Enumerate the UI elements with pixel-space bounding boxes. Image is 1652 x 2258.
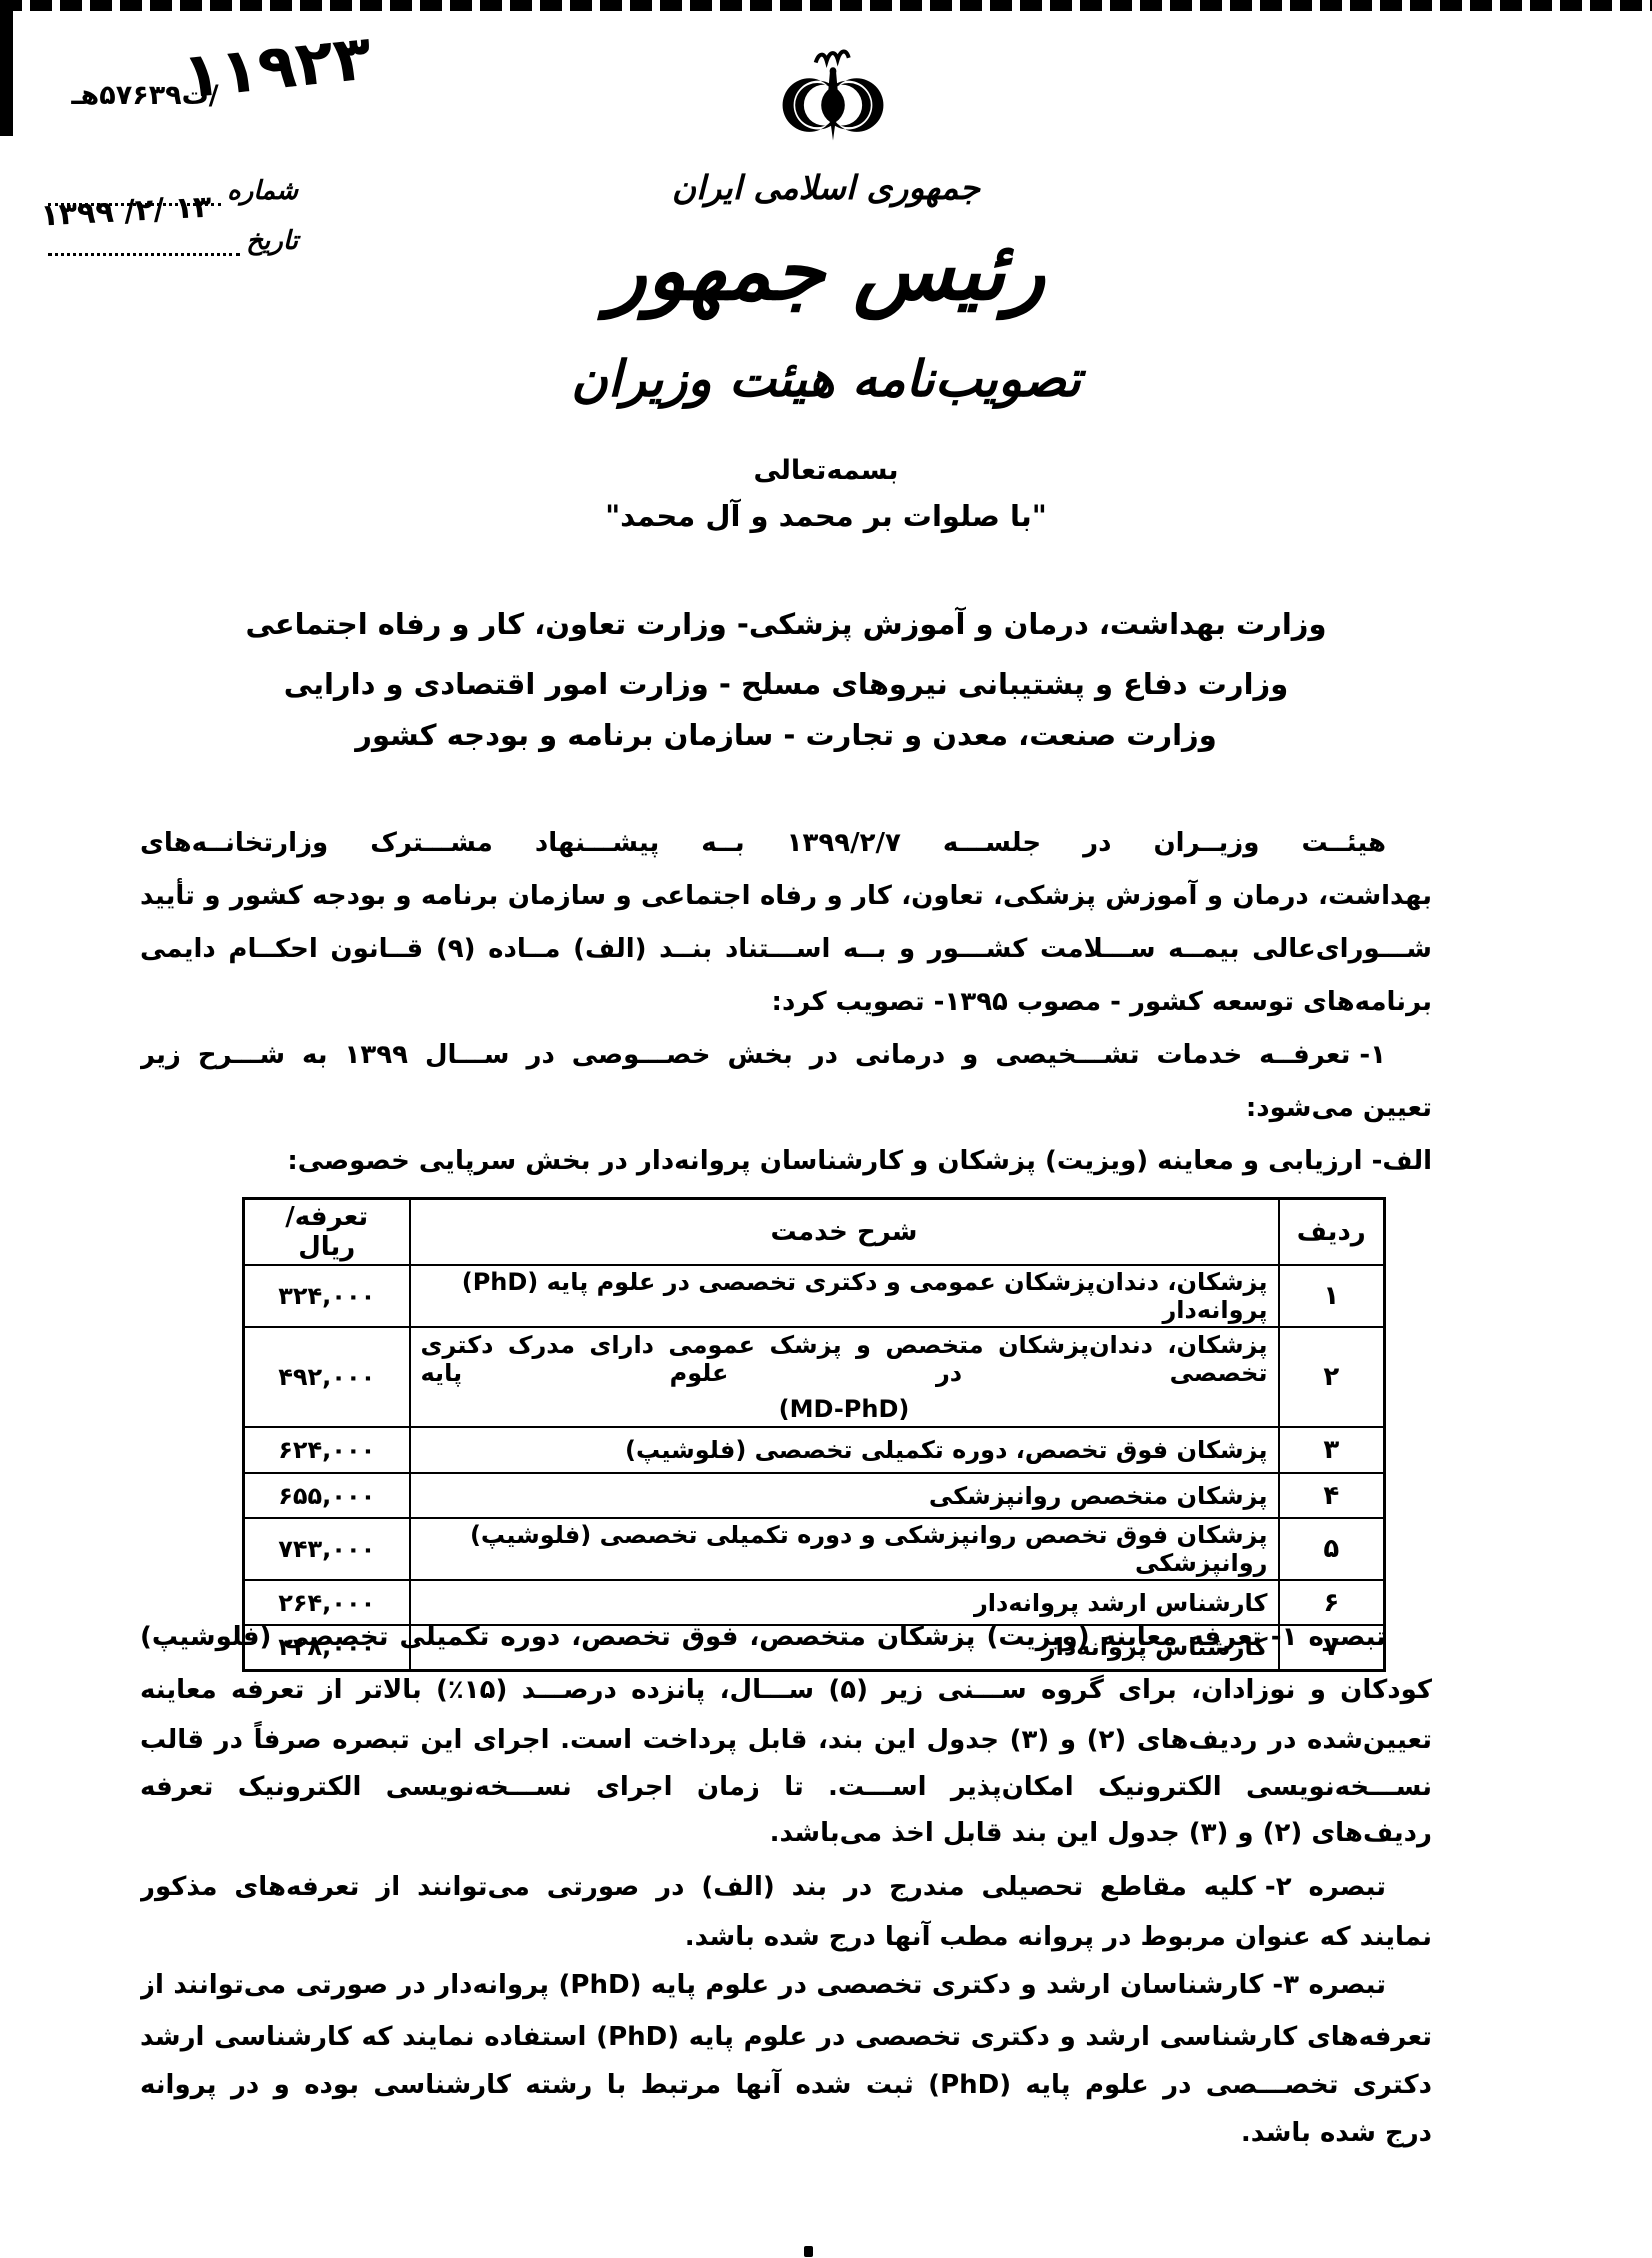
scan-artifact-top-edge bbox=[0, 0, 1652, 11]
letterhead-office-title: رئیس جمهور bbox=[180, 224, 1472, 319]
section-alef-label: الف- bbox=[1372, 1146, 1432, 1176]
body-line-1: هیئــت وزیــران در جلســـه ۱۳۹۹/۲/۷ بــه… bbox=[140, 822, 1432, 868]
note-3-line-4: درج شده باشد. bbox=[140, 2112, 1432, 2158]
note-1-text: تعرفه معاینه (ویزیت) پزشکان متخصص، فوق ت… bbox=[140, 1622, 1262, 1652]
note-2-line-2: نمایند که عنوان مربوط در پروانه مطب آنها… bbox=[140, 1916, 1432, 1962]
row-number-cell: ۳ bbox=[1279, 1427, 1385, 1473]
service-description-cell: پزشکان، دندان‌پزشکان عمومی و دکتری تخصصی… bbox=[410, 1265, 1279, 1327]
table-row: ۵ پزشکان فوق تخصص روانپزشکی و دوره تکمیل… bbox=[244, 1518, 1385, 1580]
tariff-value-cell: ۶۲۴,۰۰۰ bbox=[244, 1427, 410, 1473]
note-3-line-2: تعرفه‌های کارشناسی ارشد و دکتری تخصصی در… bbox=[140, 2016, 1432, 2062]
besmellah-invocation: بسمه‌تعالی bbox=[180, 455, 1472, 486]
service-description-cell: پزشکان فوق تخصص، دوره تکمیلی تخصصی (فلوش… bbox=[410, 1427, 1279, 1473]
salutation-line: "با صلوات بر محمد و آل محمد" bbox=[180, 499, 1472, 533]
row-number-cell: ۲ bbox=[1279, 1327, 1385, 1427]
decree-reference-number: /ت۵۷۶۳۹هـ bbox=[40, 80, 250, 111]
scan-artifact-ink-dot bbox=[804, 2246, 813, 2257]
note-1-label: تبصره ۱- bbox=[1271, 1622, 1386, 1652]
tariff-value-cell: ۶۵۵,۰۰۰ bbox=[244, 1473, 410, 1518]
clause-1-line: ۱-تعرفــه خدمات تشـــخیصی و درمانی در بخ… bbox=[140, 1034, 1432, 1080]
clause-1-continuation: تعیین می‌شود: bbox=[140, 1087, 1432, 1133]
scanned-decree-page: ۱۱۹۲۳ /ت۵۷۶۳۹هـ شماره ۱۳۹۹ /۲/ ۱۳ تاریخ … bbox=[0, 0, 1652, 2258]
service-description-cell: پزشکان، دندان‌پزشکان متخصص و پزشک عمومی … bbox=[410, 1327, 1279, 1427]
tariff-value-cell: ۷۴۳,۰۰۰ bbox=[244, 1518, 410, 1580]
note-3-line-1: تبصره ۳-کارشناسان ارشد و دکتری تخصصی در … bbox=[140, 1964, 1432, 2010]
section-alef-heading: الف-ارزیابی و معاینه (ویزیت) پزشکان و کا… bbox=[140, 1140, 1432, 1186]
service-description-line-2: (MD-PhD) bbox=[421, 1395, 1268, 1423]
table-header-row: ردیف شرح خدمت تعرفه/ ریال bbox=[244, 1199, 1385, 1266]
clause-1-text: تعرفــه خدمات تشـــخیصی و درمانی در بخش … bbox=[140, 1040, 1350, 1070]
note-2-line-1: تبصره ۲-کلیه مقاطع تحصیلی مندرج در بند (… bbox=[140, 1866, 1432, 1912]
section-alef-text: ارزیابی و معاینه (ویزیت) پزشکان و کارشنا… bbox=[287, 1146, 1362, 1176]
recipient-ministries-line-2: وزارت دفاع و پشتیبانی نیروهای مسلح - وزا… bbox=[140, 667, 1432, 709]
table-row: ۳ پزشکان فوق تخصص، دوره تکمیلی تخصصی (فل… bbox=[244, 1427, 1385, 1473]
tariff-value-cell: ۳۲۴,۰۰۰ bbox=[244, 1265, 410, 1327]
note-1-line-4: نســـخه‌نویسی الکترونیک امکان‌پذیر اســـ… bbox=[140, 1766, 1432, 1812]
note-1-line-3: تعیین‌شده در ردیف‌های (۲) و (۳) جدول این… bbox=[140, 1719, 1432, 1765]
iran-national-emblem-icon bbox=[781, 44, 885, 152]
recipient-ministries-line-1: وزارت بهداشت، درمان و آموزش پزشکی- وزارت… bbox=[140, 607, 1432, 649]
row-number-cell: ۴ bbox=[1279, 1473, 1385, 1518]
header-row-number: ردیف bbox=[1279, 1199, 1385, 1266]
note-2-text: کلیه مقاطع تحصیلی مندرج در بند (الف) در … bbox=[140, 1872, 1386, 1912]
table-row: ۲ پزشکان، دندان‌پزشکان متخصص و پزشک عموم… bbox=[244, 1327, 1385, 1427]
row-number-cell: ۱ bbox=[1279, 1265, 1385, 1327]
header-service-description: شرح خدمت bbox=[410, 1199, 1279, 1266]
emblem-tashdid bbox=[816, 52, 849, 63]
note-2-label: تبصره ۲- bbox=[1265, 1872, 1386, 1902]
letterhead-document-type: تصویب‌نامه هیئت وزیران bbox=[180, 350, 1472, 408]
tariff-value-cell: ۴۹۲,۰۰۰ bbox=[244, 1327, 410, 1427]
table-row: ۱ پزشکان، دندان‌پزشکان عمومی و دکتری تخص… bbox=[244, 1265, 1385, 1327]
row-number-cell: ۵ bbox=[1279, 1518, 1385, 1580]
note-3-text: کارشناسان ارشد و دکتری تخصصی در علوم پای… bbox=[140, 1970, 1263, 2000]
scan-artifact-left-edge bbox=[0, 10, 13, 136]
header-tariff-rial: تعرفه/ ریال bbox=[244, 1199, 410, 1266]
service-description-line-1: پزشکان، دندان‌پزشکان متخصص و پزشک عمومی … bbox=[421, 1331, 1268, 1387]
letterhead-country-title: جمهوری اسلامی ایران bbox=[180, 168, 1472, 207]
clause-1-number: ۱- bbox=[1359, 1040, 1386, 1070]
body-line-2: بهداشت، درمان و آموزش پزشکی، تعاون، کار … bbox=[140, 875, 1432, 921]
body-line-3: شـــورای‌عالی بیمــه ســـلامت کشـــور و … bbox=[140, 928, 1432, 974]
service-description-cell: پزشکان فوق تخصص روانپزشکی و دوره تکمیلی … bbox=[410, 1518, 1279, 1580]
note-1-line-5: ردیف‌های (۲) و (۳) جدول این بند قابل اخذ… bbox=[140, 1812, 1432, 1858]
tariff-table: ردیف شرح خدمت تعرفه/ ریال ۱ پزشکان، دندا… bbox=[242, 1197, 1386, 1672]
table-row: ۴ پزشکان متخصص روانپزشکی ۶۵۵,۰۰۰ bbox=[244, 1473, 1385, 1518]
service-description-cell: پزشکان متخصص روانپزشکی bbox=[410, 1473, 1279, 1518]
note-1-line-1: تبصره ۱-تعرفه معاینه (ویزیت) پزشکان متخص… bbox=[140, 1616, 1432, 1662]
body-line-4: برنامه‌های توسعه کشور - مصوب ۱۳۹۵- تصویب… bbox=[140, 981, 1432, 1027]
recipient-ministries-line-3: وزارت صنعت، معدن و تجارت - سازمان برنامه… bbox=[140, 718, 1432, 760]
note-3-line-3: دکتری تخصـــصی در علوم پایه (PhD) ثبت شد… bbox=[140, 2064, 1432, 2110]
note-1-line-2: کودکان و نوزادان، برای گروه ســـنی زیر (… bbox=[140, 1669, 1432, 1715]
note-3-label: تبصره ۳- bbox=[1272, 1970, 1386, 2000]
